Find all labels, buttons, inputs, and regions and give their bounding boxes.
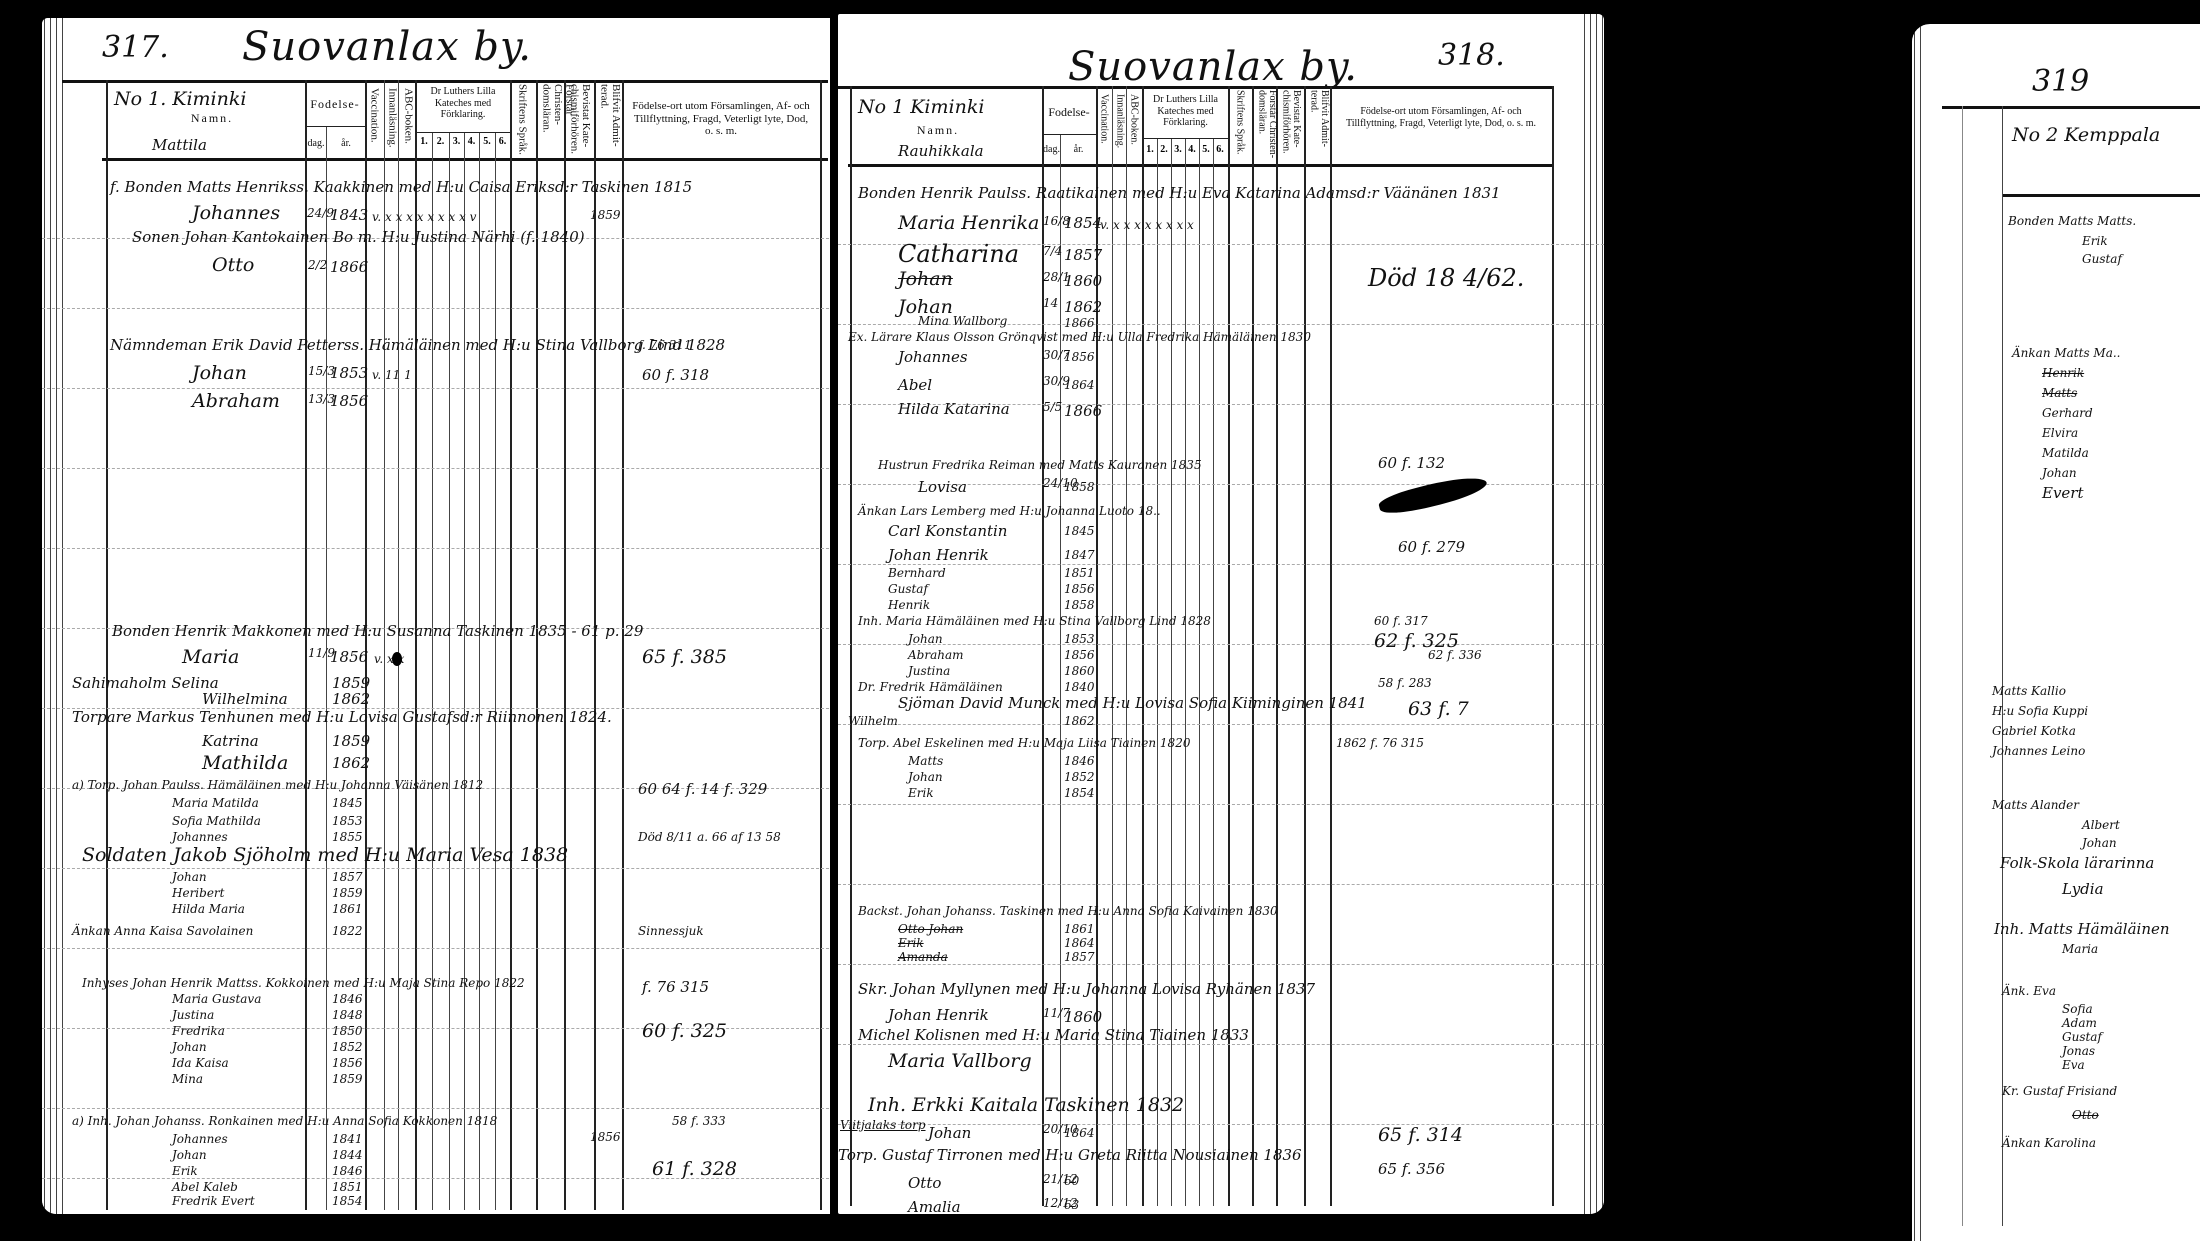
entry-year: 1822	[332, 924, 363, 938]
entry-admit: 1856	[590, 1130, 621, 1144]
entry-year: 1856	[330, 648, 368, 666]
entry-name: Otto	[2072, 1108, 2099, 1122]
blifvit-admitterad-heading: Blifvit Admit-terad.	[1308, 90, 1329, 162]
farm-subheading: Mattila	[152, 136, 207, 154]
entry-year: 63	[1064, 1198, 1079, 1212]
entry-name: Maria	[2062, 942, 2098, 956]
entry-admit: 1859	[590, 208, 621, 222]
skriftens-sprak-heading: Skriftens Språk.	[1234, 90, 1245, 162]
entry-year: 1864	[1064, 936, 1095, 950]
column-divider	[305, 80, 307, 1210]
luther-col-6: 6.	[1213, 144, 1227, 155]
skriftens-sprak-heading: Skriftens Språk.	[516, 84, 528, 156]
entry-year: 1853	[332, 814, 363, 828]
entry-year: 1859	[332, 732, 370, 750]
village-title: Suovanlax by.	[242, 24, 532, 70]
column-divider	[510, 80, 512, 1210]
entry-name: Wilhelmina	[202, 690, 288, 708]
entry-year: 1846	[332, 1164, 363, 1178]
column-divider	[384, 80, 385, 1210]
entry-day: 7/4	[1043, 244, 1062, 258]
entry-name: Katrina	[202, 732, 259, 750]
entry-note: f. 76 311	[638, 338, 692, 352]
entry-name: Johannes	[898, 348, 968, 366]
grid-row	[838, 724, 1604, 725]
luther-col-3: 3.	[449, 136, 464, 147]
entry-name: Änkan Anna Kaisa Savolainen	[72, 924, 253, 938]
entry-year: 1862	[332, 690, 370, 708]
entry-year: 1860	[1064, 272, 1102, 290]
entry-year: 1854	[1064, 214, 1102, 232]
ink-blot	[392, 652, 402, 666]
grid-row	[838, 884, 1604, 885]
entry-name: Gustaf	[2062, 1030, 2102, 1044]
entry-year: 1841	[332, 1132, 363, 1146]
abc-boken-heading: ABC-boken.	[402, 88, 414, 156]
entry-name: Johan	[908, 632, 943, 646]
entry-year: 1856	[1064, 582, 1095, 596]
entry-name: Jonas	[2062, 1044, 2095, 1058]
entry-year: 1866	[1064, 402, 1102, 420]
entry-name: Hilda Maria	[172, 902, 245, 916]
entry-head: Torp. Abel Eskelinen med H:u Maja Liisa …	[858, 736, 1190, 750]
entry-year: 1859	[332, 886, 363, 900]
entry-name: Johan Henrik	[888, 1006, 989, 1024]
entry-name: Erik	[172, 1164, 198, 1178]
entry-name: Henrik	[2042, 366, 2084, 380]
header-top-rule	[1942, 106, 2200, 109]
column-divider	[495, 133, 496, 1210]
entry-name: Carl Konstantin	[888, 522, 1007, 540]
header-top-rule	[62, 80, 828, 83]
grid-row	[838, 1044, 1604, 1045]
entry-head: Bonden Matts Matts.	[2008, 214, 2136, 228]
entry-name: Johannes	[172, 1132, 228, 1146]
header-bottom-rule	[848, 164, 1554, 167]
entry-note: 65 f. 385	[642, 646, 727, 668]
luther-col-5: 5.	[1199, 144, 1213, 155]
entry-name: Gerhard	[2042, 406, 2093, 420]
entry-head: Änkan Karolina	[2002, 1136, 2096, 1150]
page-left: 317. Suovanlax by. No 1. Kiminki Namn. M…	[42, 18, 834, 1214]
entry-head: Inh. Erkki Kaitala Taskinen 1832	[868, 1094, 1184, 1116]
name-heading: Namn.	[172, 112, 252, 126]
entry-head: Torpare Markus Tenhunen med H:u Lovisa G…	[72, 708, 612, 726]
entry-head: Bonden Henrik Paulss. Raatikainen med H:…	[858, 184, 1501, 202]
forstar-heading: Förstår Christen-domsläran.	[1256, 90, 1277, 162]
column-divider	[820, 80, 822, 1210]
column-divider	[1962, 106, 1963, 1226]
entry-note: Sinnessjuk	[638, 924, 704, 938]
page-number: 318.	[1438, 38, 1505, 73]
entry-year: 1846	[332, 992, 363, 1006]
entry-year: 1866	[1064, 316, 1095, 330]
entry-name: Johan	[172, 1148, 207, 1162]
luther-column-numbers: 1. 2. 3. 4. 5. 6.	[416, 136, 510, 147]
page-number: 317.	[102, 30, 169, 65]
grid-row	[42, 308, 834, 309]
entry-head: Änk. Eva	[2002, 984, 2056, 998]
entry-name: Erik	[908, 786, 934, 800]
entry-head: Skr. Johan Myllynen med H:u Johanna Lovi…	[858, 980, 1315, 998]
bevistat-heading: Bevistat Kate-chismiförhören.	[568, 84, 591, 156]
entry-head: Backst. Johan Johanss. Taskinen med H:u …	[858, 904, 1278, 918]
entry-marks: v. x x x x x x x x	[1100, 218, 1194, 232]
entry-name: H:u Sofia Kuppi	[1992, 704, 2088, 718]
entry-name: Gabriel Kotka	[1992, 724, 2076, 738]
entry-note: 60 f. 132	[1378, 454, 1445, 472]
entry-name: Henrik	[888, 598, 930, 612]
header-bottom-rule	[2002, 194, 2200, 197]
entry-head: Inhyses Johan Henrik Mattss. Kokkoinen m…	[82, 976, 525, 990]
entry-name: Elvira	[2042, 426, 2078, 440]
entry-head: Folk-Skola lärarinna	[2000, 854, 2154, 872]
entry-name: Maria Gustava	[172, 992, 261, 1006]
entry-note: 60 f. 317	[1374, 614, 1428, 628]
entry-name: Erik	[2082, 234, 2108, 248]
fodelse-heading: Fodelse-	[305, 98, 365, 112]
entry-year: 1844	[332, 1148, 363, 1162]
dag-heading: dag.	[306, 138, 326, 150]
luther-heading: Dr Luthers Lilla Kateches med Förklaring…	[1143, 94, 1228, 129]
entry-year: 1852	[1064, 770, 1095, 784]
luther-column-numbers: 1. 2. 3. 4. 5. 6.	[1143, 144, 1228, 155]
entry-head: Nämndeman Erik David Petterss. Hämäläine…	[110, 336, 725, 354]
entry-year: 1854	[1064, 786, 1095, 800]
entry-year: 1850	[332, 1024, 363, 1038]
column-divider	[1157, 138, 1158, 1206]
column-divider	[1213, 138, 1214, 1206]
entry-head: Änkan Matts Ma..	[2012, 346, 2121, 360]
household-title: No 1. Kiminki	[114, 88, 246, 110]
vaccination-heading: Vaccination.	[368, 88, 380, 156]
entry-head: Änkan Lars Lemberg med H:u Johanna Luoto…	[858, 504, 1161, 518]
entry-name: Mina Wallborg	[918, 314, 1007, 328]
page-edge	[1912, 24, 1926, 1241]
entry-name: Fredrik Evert	[172, 1194, 255, 1208]
column-divider	[464, 133, 465, 1210]
entry-head: Hustrun Fredrika Reiman med Matts Kauran…	[878, 458, 1202, 472]
grid-row	[42, 548, 834, 549]
entry-note: 60 f. 318	[642, 366, 709, 384]
entry-note: 1862 f. 76 315	[1336, 736, 1424, 750]
entry-year: 1852	[332, 1040, 363, 1054]
entry-head: Michel Kolisnen med H:u Maria Stina Tiai…	[858, 1026, 1249, 1044]
entry-year: 1851	[332, 1180, 363, 1194]
entry-name: Catharina	[898, 240, 1019, 268]
ar-heading: år.	[327, 138, 365, 150]
entry-year: 1860	[1064, 1008, 1102, 1026]
entry-name: Lovisa	[918, 478, 967, 496]
page-edge-right	[1582, 14, 1604, 1214]
fodelse-subrule	[305, 126, 365, 127]
entry-year: 1846	[1064, 754, 1095, 768]
header-top-rule	[838, 86, 1554, 89]
column-divider	[1552, 86, 1554, 1206]
ar-heading: år.	[1061, 144, 1096, 156]
entry-day: 2/2	[308, 258, 327, 272]
grid-row	[42, 1108, 834, 1109]
column-divider	[2002, 106, 2003, 1226]
grid-row	[838, 964, 1604, 965]
entry-year: 1845	[332, 796, 363, 810]
luther-subrule	[415, 132, 510, 133]
entry-name: Gustaf	[888, 582, 928, 596]
luther-col-3: 3.	[1171, 144, 1185, 155]
entry-year: 1857	[332, 870, 363, 884]
entry-head: Ex. Lärare Klaus Olsson Grönqvist med H:…	[848, 330, 1311, 344]
bevistat-heading: Bevistat Kate-chismiförhören.	[1280, 90, 1301, 162]
luther-col-6: 6.	[495, 136, 510, 147]
column-divider	[432, 133, 433, 1210]
grid-row	[42, 948, 834, 949]
luther-col-4: 4.	[464, 136, 479, 147]
entry-name: Mina	[172, 1072, 203, 1086]
entry-name: Eva	[2062, 1058, 2085, 1072]
entry-name: Johan Henrik	[888, 546, 989, 564]
fodelseort-heading: Födelse-ort utom Församlingen, Af- och T…	[1336, 106, 1546, 129]
entry-head: Inh. Maria Hämäläinen med H:u Stina Vall…	[858, 614, 1211, 628]
entry-year: 1864	[1064, 1126, 1095, 1140]
entry-year: 1851	[1064, 566, 1095, 580]
entry-name: Sofia	[2062, 1002, 2093, 1016]
entry-year: 1847	[1064, 548, 1095, 562]
entry-year: 1862	[1064, 714, 1095, 728]
column-divider	[564, 80, 566, 1210]
column-divider	[1199, 138, 1200, 1206]
entry-name: Johannes	[192, 202, 280, 224]
entry-year: 1856	[1064, 648, 1095, 662]
column-divider	[622, 80, 624, 1210]
entry-name: Maria Henrika	[898, 212, 1039, 234]
entry-name: Justina	[908, 664, 950, 678]
entry-marks: v. 11 1	[372, 368, 412, 382]
entry-year: 1857	[1064, 950, 1095, 964]
entry-name: Johan	[2042, 466, 2077, 480]
entry-name: Justina	[172, 1008, 214, 1022]
abc-boken-heading: ABC-boken.	[1128, 94, 1139, 162]
column-divider	[326, 126, 327, 1210]
column-divider	[415, 80, 417, 1210]
entry-year: 1860	[1064, 664, 1095, 678]
entry-note: 58 f. 333	[672, 1114, 726, 1128]
entry-name: Johan	[2082, 836, 2117, 850]
entry-name: Johan	[192, 362, 247, 384]
entry-note: 63 f. 7	[1408, 698, 1469, 720]
entry-note: 60 64 f. 14 f. 329	[638, 780, 767, 798]
entry-name: Otto	[212, 254, 254, 276]
column-divider	[536, 80, 538, 1210]
entry-name: Ida Kaisa	[172, 1056, 229, 1070]
page-edge-left	[42, 18, 64, 1214]
column-divider	[106, 80, 108, 1210]
entry-head: Sjöman David Munck med H:u Lovisa Sofia …	[898, 694, 1367, 712]
entry-name: Mathilda	[202, 752, 288, 774]
fodelseort-heading: Födelse-ort utom Församlingen, Af- och T…	[630, 100, 812, 138]
entry-name: Lydia	[2062, 880, 2104, 898]
household-title: No 2 Kemppala	[2012, 124, 2160, 146]
entry-name: Matts	[908, 754, 943, 768]
entry-name: Gustaf	[2082, 252, 2122, 266]
name-heading: Namn.	[898, 124, 978, 138]
column-divider	[479, 133, 480, 1210]
column-divider	[1276, 86, 1278, 1206]
luther-col-5: 5.	[479, 136, 495, 147]
entry-year: 1856	[1064, 350, 1095, 364]
entry-head: Soldaten Jakob Sjöholm med H:u Maria Ves…	[82, 844, 568, 866]
entry-year: 1854	[332, 1194, 363, 1208]
entry-year: 1848	[332, 1008, 363, 1022]
entry-name: Wilhelm	[848, 714, 898, 728]
entry-year: 1861	[332, 902, 363, 916]
entry-name: Albert	[2082, 818, 2120, 832]
entry-name: Johan	[172, 1040, 207, 1054]
entry-year: 1845	[1064, 524, 1095, 538]
page-number: 319	[2032, 64, 2089, 99]
entry-year: 1853	[1064, 632, 1095, 646]
entry-year: 1856	[332, 1056, 363, 1070]
entry-year: 1858	[1064, 480, 1095, 494]
entry-year: 1843	[330, 206, 368, 224]
entry-name: Heribert	[172, 886, 224, 900]
grid-row	[838, 804, 1604, 805]
entry-name: Matts	[2042, 386, 2077, 400]
entry-head: Bonden Henrik Makkonen med H:u Susanna T…	[112, 622, 643, 640]
entry-year: 1864	[1064, 378, 1095, 392]
entry-year: 1862	[332, 754, 370, 772]
entry-year: 1862	[1064, 298, 1102, 316]
entry-name: Abel Kaleb	[172, 1180, 238, 1194]
entry-name: Dr. Fredrik Hämäläinen	[858, 680, 1003, 694]
entry-year: 1858	[1064, 598, 1095, 612]
entry-name: Abraham	[908, 648, 964, 662]
entry-note: 62 f. 336	[1428, 648, 1482, 662]
luther-col-2: 2.	[1157, 144, 1171, 155]
entry-name: Maria Vallborg	[888, 1050, 1032, 1072]
entry-year: 1853	[330, 364, 368, 382]
entry-name: Sahimaholm Selina	[72, 674, 219, 692]
column-divider	[398, 80, 399, 1210]
entry-note: 60 f. 325	[642, 1020, 727, 1042]
column-divider	[1171, 138, 1172, 1206]
entry-note: 60 f. 279	[1398, 538, 1465, 556]
grid-row	[42, 868, 834, 869]
entry-head: f. Bonden Matts Henrikss. Kaakkinen med …	[110, 178, 692, 196]
entry-name: Otto Johan	[898, 922, 963, 936]
page-right: Suovanlax by. 318. No 1 Kiminki Namn. Ra…	[838, 14, 1604, 1214]
entry-head: Torp. Gustaf Tirronen med H:u Greta Riit…	[838, 1146, 1302, 1164]
entry-name: Abraham	[192, 390, 280, 412]
luther-col-1: 1.	[416, 136, 432, 147]
entry-name: Erik	[898, 936, 924, 950]
entry-year: 1861	[1064, 922, 1095, 936]
column-divider	[449, 133, 450, 1210]
entry-name: Johan	[172, 870, 207, 884]
entry-name: Johan	[898, 268, 953, 290]
entry-name: Hilda Katarina	[898, 400, 1010, 418]
page-far-fragment: 319 No 2 Kemppala Bonden Matts Matts. Er…	[1912, 24, 2200, 1241]
entry-name: Bernhard	[888, 566, 946, 580]
village-title: Suovanlax by.	[1068, 44, 1358, 90]
grid-row	[42, 468, 834, 469]
entry-name: Johan	[908, 770, 943, 784]
innanlasning-heading: Innanläsning.	[1114, 94, 1125, 162]
innanlasning-heading: Innanläsning.	[386, 88, 398, 156]
entry-note: 58 f. 283	[1378, 676, 1432, 690]
entry-name: Otto	[908, 1174, 941, 1192]
entry-name: Evert	[2042, 484, 2084, 502]
luther-heading: Dr Luthers Lilla Kateches med Förklaring…	[416, 86, 510, 121]
entry-year: 60	[1064, 1174, 1079, 1188]
entry-name: Sofia Mathilda	[172, 814, 261, 828]
header-bottom-rule	[102, 158, 828, 161]
entry-day: 14	[1043, 296, 1058, 310]
column-divider	[365, 80, 367, 1210]
luther-col-1: 1.	[1143, 144, 1157, 155]
entry-head: Kr. Gustaf Frisiand	[2002, 1084, 2117, 1098]
farm-subheading: Rauhikkala	[898, 142, 984, 160]
grid-row	[42, 388, 834, 389]
fodelse-subrule	[1042, 134, 1096, 135]
household-title: No 1 Kiminki	[858, 96, 984, 118]
fodelse-heading: Fodelse-	[1042, 106, 1096, 120]
luther-col-2: 2.	[432, 136, 449, 147]
entry-note: 65 f. 356	[1378, 1160, 1445, 1178]
entry-note: 61 f. 328	[652, 1158, 737, 1180]
entry-name: Abel	[898, 376, 932, 394]
entry-head: Matts Alander	[1992, 798, 2079, 812]
column-divider	[594, 80, 596, 1210]
vaccination-heading: Vaccination.	[1098, 94, 1109, 162]
death-note: Död 18 4/62.	[1368, 264, 1524, 292]
column-divider	[1060, 134, 1061, 1206]
entry-note: f. 76 315	[642, 978, 709, 996]
grid-row	[838, 564, 1604, 565]
entry-head: a) Torp. Johan Paulss. Hämäläinen med H:…	[72, 778, 483, 792]
margin-note: Viitjalaks torp	[840, 1118, 926, 1132]
entry-year: 1840	[1064, 680, 1095, 694]
entry-name: Maria	[182, 646, 239, 668]
entry-name: Adam	[2062, 1016, 2097, 1030]
column-divider	[1185, 138, 1186, 1206]
entry-name: Johannes Leino	[1992, 744, 2085, 758]
luther-col-4: 4.	[1185, 144, 1199, 155]
entry-head: a) Inh. Johan Johanss. Ronkainen med H:u…	[72, 1114, 497, 1128]
entry-head: Sonen Johan Kantokainen Bo m. H:u Justin…	[132, 228, 585, 246]
entry-year: 1855	[332, 830, 363, 844]
entry-name: Maria Matilda	[172, 796, 259, 810]
blifvit-admitterad-heading: Blifvit Admit-terad.	[598, 84, 621, 156]
entry-year: 1857	[1064, 246, 1102, 264]
entry-year: 1866	[330, 258, 368, 276]
entry-day: 5/5	[1043, 400, 1062, 414]
entry-head: Inh. Matts Hämäläinen	[1994, 920, 2170, 938]
column-divider	[1304, 86, 1306, 1206]
entry-note: Död 8/11 a. 66 af 13 58	[638, 830, 781, 844]
grid-row	[838, 644, 1604, 645]
entry-year: 1859	[332, 1072, 363, 1086]
entry-note: 65 f. 314	[1378, 1124, 1463, 1146]
luther-subrule	[1142, 138, 1228, 139]
column-divider	[1330, 86, 1332, 1206]
entry-name: Matts Kallio	[1992, 684, 2066, 698]
entry-name: Johan	[928, 1124, 971, 1142]
dag-heading: dag.	[1043, 144, 1060, 156]
entry-marks: v. x x x x x x x x v	[372, 210, 476, 224]
entry-name: Amalia	[908, 1198, 961, 1214]
entry-name: Matilda	[2042, 446, 2089, 460]
column-divider	[850, 86, 852, 1206]
